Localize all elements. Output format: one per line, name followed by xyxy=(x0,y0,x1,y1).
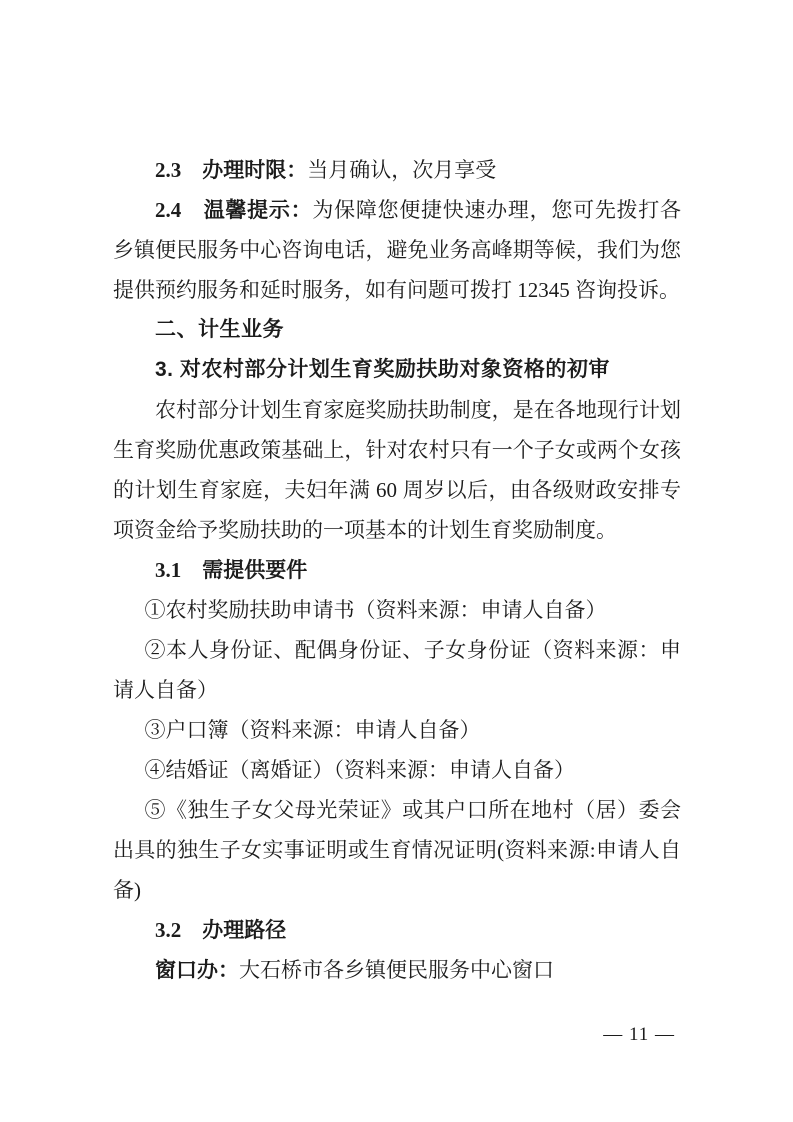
required-item-4: ④结婚证（离婚证）（资料来源：申请人自备） xyxy=(113,750,681,790)
clause-2-3-label: 2.3 办理时限： xyxy=(155,158,307,182)
required-item-1: ①农村奖励扶助申请书（资料来源：申请人自备） xyxy=(113,590,681,630)
document-body: 2.3 办理时限：当月确认，次月享受 2.4 温馨提示：为保障您便捷快速办理，您… xyxy=(113,150,681,990)
intro-paragraph: 农村部分计划生育家庭奖励扶助制度，是在各地现行计划生育奖励优惠政策基础上，针对农… xyxy=(113,390,681,550)
required-item-2: ②本人身份证、配偶身份证、子女身份证（资料来源：申请人自备） xyxy=(113,630,681,710)
required-item-3: ③户口簿（资料来源：申请人自备） xyxy=(113,710,681,750)
required-item-5: ⑤《独生子女父母光荣证》或其户口所在地村（居）委会出具的独生子女实事证明或生育情… xyxy=(113,790,681,910)
window-channel-label: 窗口办： xyxy=(155,958,239,982)
window-channel-text: 大石桥市各乡镇便民服务中心窗口 xyxy=(239,958,554,982)
subsection-3-1: 3.1 需提供要件 xyxy=(113,550,681,590)
item-heading: 3. 对农村部分计划生育奖励扶助对象资格的初审 xyxy=(113,350,681,390)
clause-2-4-label: 2.4 温馨提示： xyxy=(155,198,312,222)
section-heading: 二、计生业务 xyxy=(113,310,681,350)
subsection-3-2: 3.2 办理路径 xyxy=(113,910,681,950)
clause-2-3: 2.3 办理时限：当月确认，次月享受 xyxy=(113,150,681,190)
clause-2-4: 2.4 温馨提示：为保障您便捷快速办理，您可先拨打各乡镇便民服务中心咨询电话，避… xyxy=(113,190,681,310)
clause-2-3-text: 当月确认，次月享受 xyxy=(307,158,496,182)
window-channel-line: 窗口办：大石桥市各乡镇便民服务中心窗口 xyxy=(113,950,681,990)
page-number: — 11 — xyxy=(603,1022,675,1048)
document-page: 2.3 办理时限：当月确认，次月享受 2.4 温馨提示：为保障您便捷快速办理，您… xyxy=(0,0,793,1122)
